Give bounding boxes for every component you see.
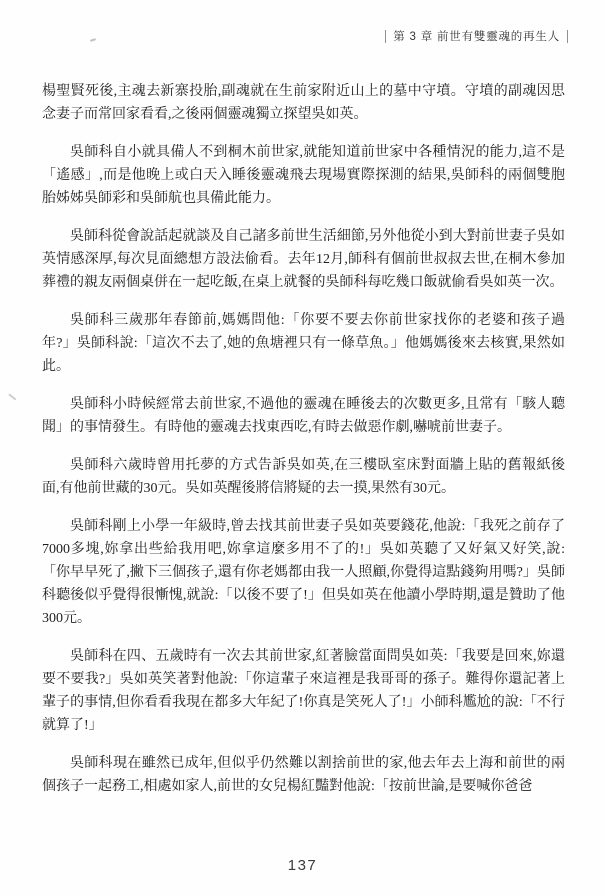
- paragraph: 吳師科自小就具備人不到桐木前世家,就能知道前世家中各種情況的能力,這不是「遙感」…: [42, 141, 565, 210]
- scan-artifact: [8, 393, 16, 400]
- paragraph: 吳師科從會說話起就談及自己諸多前世生活細節,另外他從小到大對前世妻子吳如英情感深…: [42, 225, 565, 294]
- paragraph: 吳師科六歲時曾用托夢的方式告訴吳如英,在三樓臥室床對面牆上貼的舊報紙後面,有他前…: [42, 454, 565, 500]
- paragraph: 吳師科在四、五歲時有一次去其前世家,紅著臉當面問吳如英:「我要是回來,妳還要不要…: [42, 645, 565, 737]
- page-body: 楊聖賢死後,主魂去新寨投胎,副魂就在生前家附近山上的墓中守墳。守墳的副魂因思念妻…: [42, 80, 565, 813]
- scan-artifact: [90, 38, 96, 42]
- paragraph: 吳師科小時候經常去前世家,不過他的靈魂在睡後去的次數更多,且常有「駭人聽聞」的事…: [42, 393, 565, 439]
- header-left-divider: [385, 30, 386, 43]
- running-header: 第 3 章 前世有雙靈魂的再生人: [385, 28, 568, 44]
- paragraph: 吳師科現在雖然已成年,但似乎仍然難以割捨前世的家,他去年去上海和前世的兩個孩子一…: [42, 752, 565, 798]
- book-page: 第 3 章 前世有雙靈魂的再生人 楊聖賢死後,主魂去新寨投胎,副魂就在生前家附近…: [0, 0, 605, 896]
- paragraph: 吳師科剛上小學一年級時,曾去找其前世妻子吳如英要錢花,他說:「我死之前存了700…: [42, 515, 565, 630]
- page-number: 137: [0, 857, 605, 874]
- paragraph: 楊聖賢死後,主魂去新寨投胎,副魂就在生前家附近山上的墓中守墳。守墳的副魂因思念妻…: [42, 80, 565, 126]
- header-right-divider: [567, 30, 568, 43]
- paragraph: 吳師科三歲那年春節前,媽媽問他:「你要不要去你前世家找你的老婆和孩子過年?」吳師…: [42, 309, 565, 378]
- chapter-heading: 第 3 章 前世有雙靈魂的再生人: [393, 28, 560, 44]
